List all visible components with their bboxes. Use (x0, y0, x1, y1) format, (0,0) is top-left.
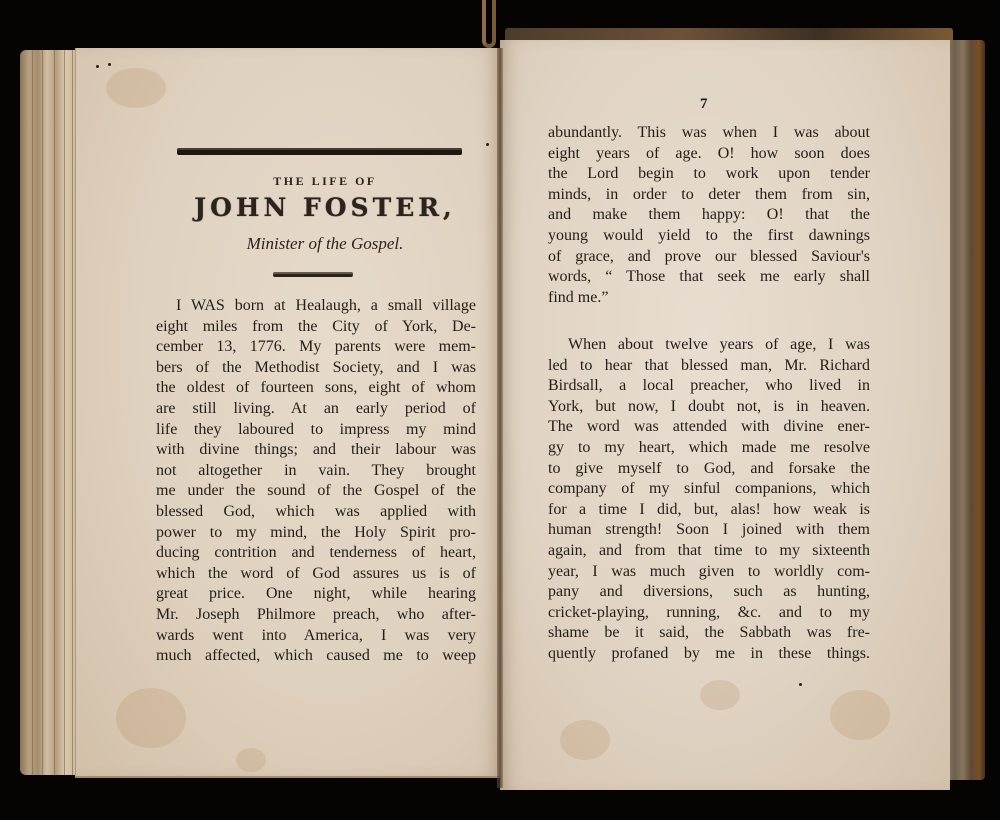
text-line: young would yield to the first dawnings (548, 226, 870, 247)
text-line: again, and from that time to my sixteent… (548, 541, 870, 562)
text-line: words, “ Those that seek me early shall (548, 267, 870, 288)
left-page-edges (20, 50, 80, 775)
text-line: human strength! Soon I joined with them (548, 520, 870, 541)
right-page-paragraph-1: abundantly. This was when I was about ei… (548, 123, 870, 308)
text-line: Birdsall, a local preacher, who lived in (548, 376, 870, 397)
text-line: much affected, which caused me to weep (156, 646, 476, 667)
text-line: bers of the Methodist Society, and I was (156, 358, 476, 379)
bookmark-ribbon (482, 0, 496, 48)
text-line: led to hear that blessed man, Mr. Richar… (548, 356, 870, 377)
text-line: me under the sound of the Gospel of the (156, 481, 476, 502)
text-line: The word was attended with divine ener- (548, 417, 870, 438)
text-line: the Lord begin to work upon tender (548, 164, 870, 185)
text-line: eight miles from the City of York, De- (156, 317, 476, 338)
book-gutter (497, 48, 503, 788)
left-page-body: I WAS born at Healaugh, a small village … (156, 296, 476, 667)
title-bottom-rule (273, 272, 353, 277)
text-line: blessed God, which was applied with (156, 502, 476, 523)
text-line: and make them happy: O! that the (548, 205, 870, 226)
text-line: which the word of God assures us is of (156, 564, 476, 585)
title-name: JOHN FOSTER, (160, 193, 490, 222)
text-line: of grace, and prove our blessed Saviour'… (548, 247, 870, 268)
right-page-edges (945, 40, 985, 780)
text-line: gy to my heart, which made me resolve (548, 438, 870, 459)
text-line: not altogether in vain. They brought (156, 461, 476, 482)
text-line: great price. One night, while hearing (156, 584, 476, 605)
title-prefix: THE LIFE OF (160, 174, 490, 189)
text-line: for a time I did, but, alas! how weak is (548, 500, 870, 521)
text-line: the oldest of fourteen sons, eight of wh… (156, 378, 476, 399)
text-line: abundantly. This was when I was about (548, 123, 870, 144)
text-line: cember 13, 1776. My parents were mem- (156, 337, 476, 358)
text-line: When about twelve years of age, I was (548, 335, 870, 356)
text-line: ducing contrition and tenderness of hear… (156, 543, 476, 564)
text-line: are still living. At an early period of (156, 399, 476, 420)
text-line: minds, in order to deter them from sin, (548, 185, 870, 206)
text-line: I WAS born at Healaugh, a small village (156, 296, 476, 317)
text-line: wards went into America, I was very (156, 626, 476, 647)
text-line: York, but now, I doubt not, is in heaven… (548, 397, 870, 418)
text-line: company of my sinful companions, which (548, 479, 870, 500)
text-line: year, I was much given to worldly com- (548, 562, 870, 583)
title-top-rule (177, 148, 462, 155)
text-line: shame be it said, the Sabbath was fre- (548, 623, 870, 644)
text-line: life they laboured to impress my mind (156, 420, 476, 441)
open-book: THE LIFE OF JOHN FOSTER, Minister of the… (0, 0, 1000, 820)
right-page-paragraph-2: When about twelve years of age, I was le… (548, 335, 870, 665)
text-line: Mr. Joseph Philmore preach, who after- (156, 605, 476, 626)
text-line: pany and diversions, such as hunting, (548, 582, 870, 603)
text-line: find me.” (548, 288, 870, 309)
text-line: to give myself to God, and forsake the (548, 459, 870, 480)
text-line: eight years of age. O! how soon does (548, 144, 870, 165)
text-line: with divine things; and their labour was (156, 440, 476, 461)
text-line: quently profaned by me in these things. (548, 644, 870, 665)
title-subtitle: Minister of the Gospel. (160, 234, 490, 254)
text-line: power to my mind, the Holy Spirit pro- (156, 523, 476, 544)
text-line: cricket-playing, running, &c. and to my (548, 603, 870, 624)
page-number: 7 (700, 96, 708, 113)
